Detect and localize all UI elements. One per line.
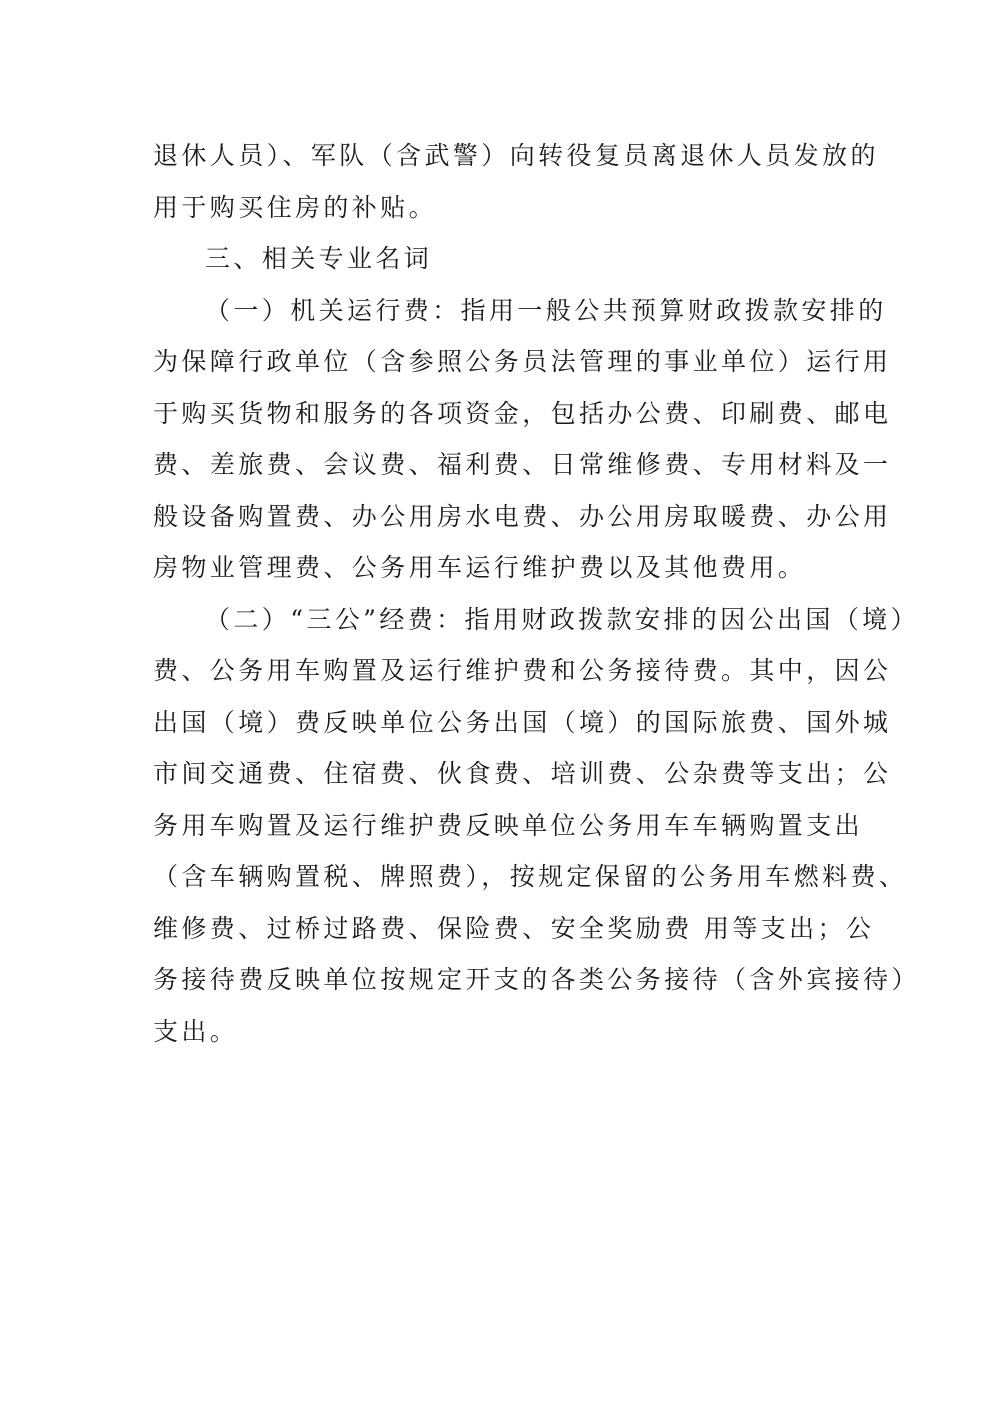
paragraph-line: 般设备购置费、办公用房水电费、办公用房取暖费、办公用 <box>153 491 853 543</box>
paragraph-line: 支出。 <box>153 1006 853 1058</box>
paragraph-line: 维修费、过桥过路费、保险费、安全奖励费 用等支出；公 <box>153 903 853 955</box>
document-page: 退休人员）、军队（含武警）向转役复员离退休人员发放的 用于购买住房的补贴。 三、… <box>153 130 853 1057</box>
paragraph-continuation-line: 用于购买住房的补贴。 <box>153 182 853 234</box>
paragraph-line: 于购买货物和服务的各项资金，包括办公费、印刷费、邮电 <box>153 388 853 440</box>
paragraph-line: 为保障行政单位（含参照公务员法管理的事业单位）运行用 <box>153 336 853 388</box>
paragraph-line: 出国（境）费反映单位公务出国（境）的国际旅费、国外城 <box>153 697 853 749</box>
paragraph-continuation-line: 退休人员）、军队（含武警）向转役复员离退休人员发放的 <box>153 130 853 182</box>
paragraph-line: 房物业管理费、公务用车运行维护费以及其他费用。 <box>153 542 853 594</box>
definition-term-line: （二）“三公”经费：指用财政拨款安排的因公出国（境） <box>153 594 853 646</box>
paragraph-line: 务接待费反映单位按规定开支的各类公务接待（含外宾接待） <box>153 954 853 1006</box>
definition-term-line: （一）机关运行费：指用一般公共预算财政拨款安排的 <box>153 285 853 337</box>
paragraph-line: 务用车购置及运行维护费反映单位公务用车车辆购置支出 <box>153 800 853 852</box>
paragraph-line: 费、差旅费、会议费、福利费、日常维修费、专用材料及一 <box>153 439 853 491</box>
paragraph-line: 市间交通费、住宿费、伙食费、培训费、公杂费等支出；公 <box>153 748 853 800</box>
paragraph-line: （含车辆购置税、牌照费），按规定保留的公务用车燃料费、 <box>153 851 853 903</box>
section-heading: 三、相关专业名词 <box>153 233 853 285</box>
paragraph-line: 费、公务用车购置及运行维护费和公务接待费。其中，因公 <box>153 645 853 697</box>
